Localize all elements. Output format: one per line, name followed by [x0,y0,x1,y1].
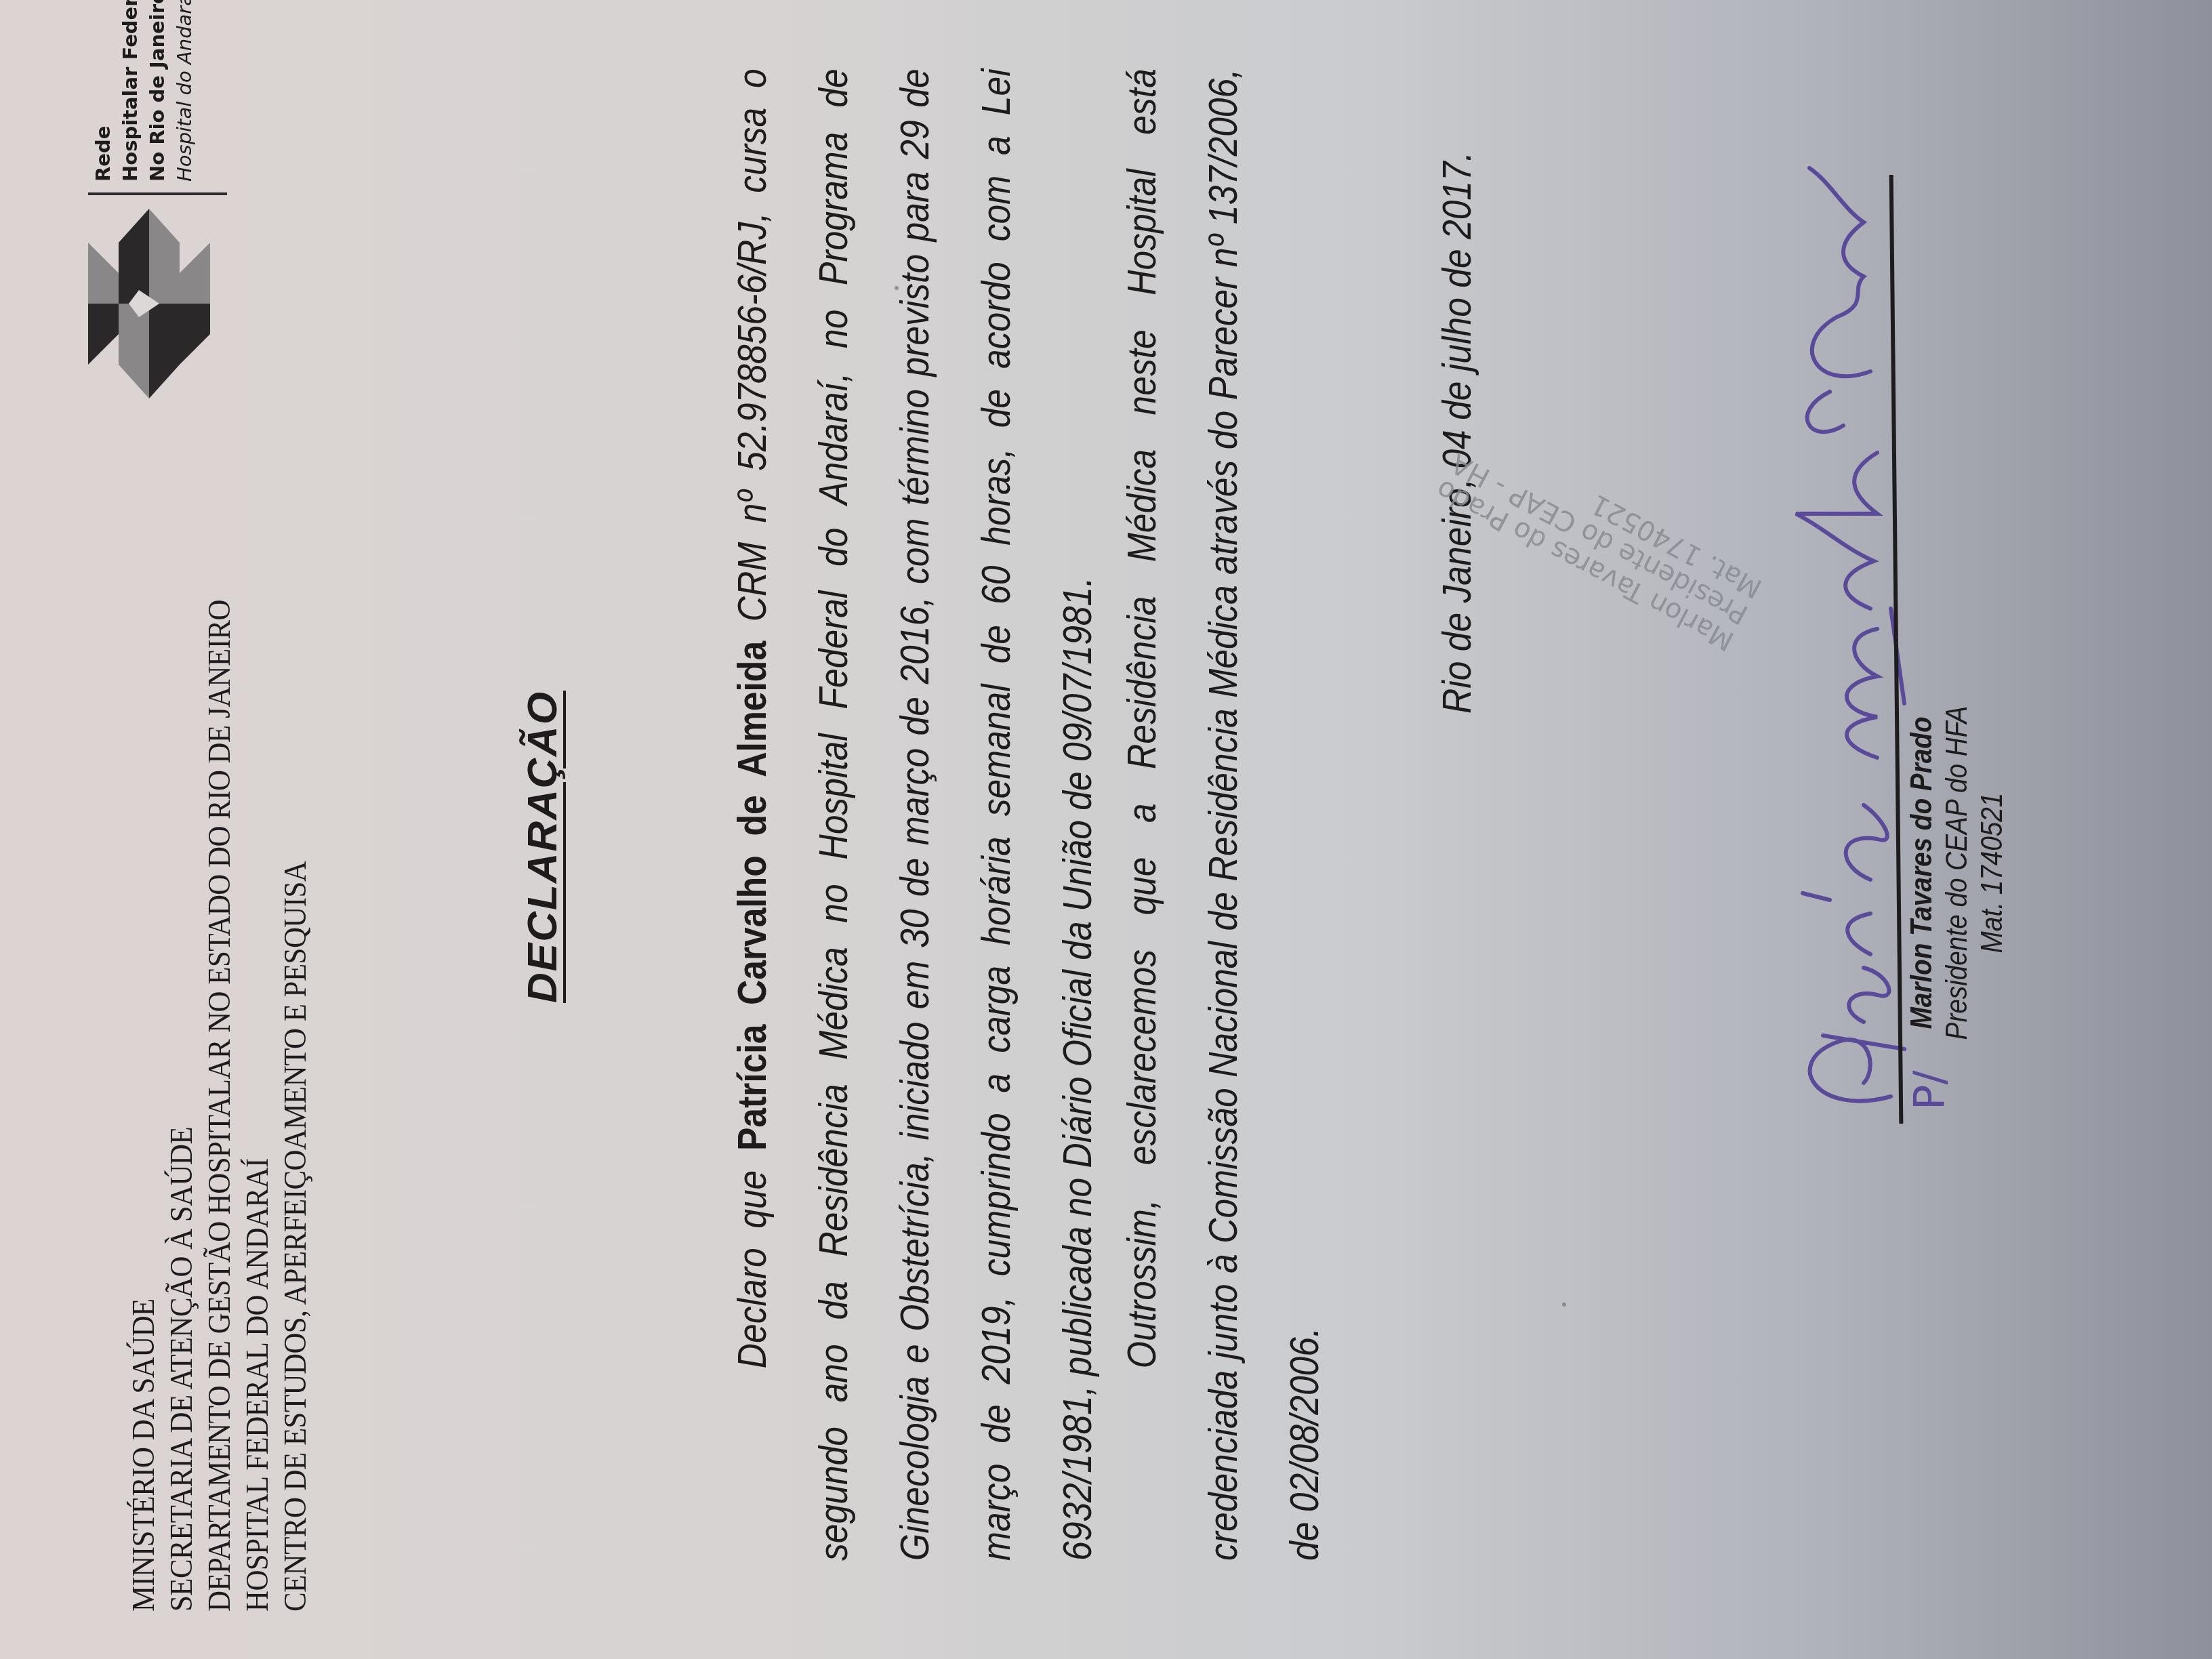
logo-text: Rede Hospitalar Federal No Rio de Janeir… [89,0,198,182]
signatory-registration: Mat. 1740521 [1975,664,2010,1082]
logo-line-rede: Rede [89,0,117,182]
header-line-secretariat: SECRETARIA DE ATENÇÃO À SAÚDE [163,600,201,1612]
logo-line-hospitalar: Hospitalar Federal [117,0,144,182]
stamp-line-role: Presidente do CEAP - HA [1446,447,1753,630]
accreditation-text: Outrossim, esclarecemos que a Residência… [1119,68,1327,1561]
paragraph-declaration: Declaro que Patrícia Carvalho de Almeida… [712,68,1118,1561]
declaration-text: CRM nº 52.978856-6/RJ, cursa o segundo a… [729,68,1100,1561]
paper-speck [895,286,899,290]
logo-line-rio: No Rio de Janeiro [144,0,171,182]
signatory-role: Presidente do CEAP do HFA [1940,664,1975,1082]
document-title: DECLARAÇÃO [518,691,567,1003]
logo-line-andarai: Hospital do Andaraí [171,0,198,182]
header-line-hospital: HOSPITAL FEDERAL DO ANDARAÍ [239,600,277,1612]
hospital-network-logo-icon [71,202,227,405]
signatory-name: Marlon Tavares do Prado [1904,664,1940,1082]
header-line-department: DEPARTAMENTO DE GESTÃO HOSPITALAR NO EST… [201,600,239,1612]
document-sheet: MINISTÉRIO DA SAÚDE SECRETARIA DE ATENÇÃ… [0,0,2212,1659]
header-line-ministry: MINISTÉRIO DA SAÚDE [125,600,163,1612]
paragraph-accreditation: Outrossim, esclarecemos que a Residência… [1101,68,1345,1561]
header-line-center: CENTRO DE ESTUDOS, APERFEIÇOAMENTO E PES… [277,600,315,1612]
logo-divider [88,192,227,195]
paper-speck [1562,1303,1566,1307]
signatory-block: Marlon Tavares do Prado Presidente do CE… [1904,664,2010,1082]
letterhead: MINISTÉRIO DA SAÚDE SECRETARIA DE ATENÇÃ… [125,600,315,1612]
resident-name: Patrícia Carvalho de Almeida [729,641,775,1151]
declaration-lead: Declaro que [729,1170,775,1369]
official-stamp: Marlon Tavares do Prado Presidente do CE… [1431,421,1767,656]
